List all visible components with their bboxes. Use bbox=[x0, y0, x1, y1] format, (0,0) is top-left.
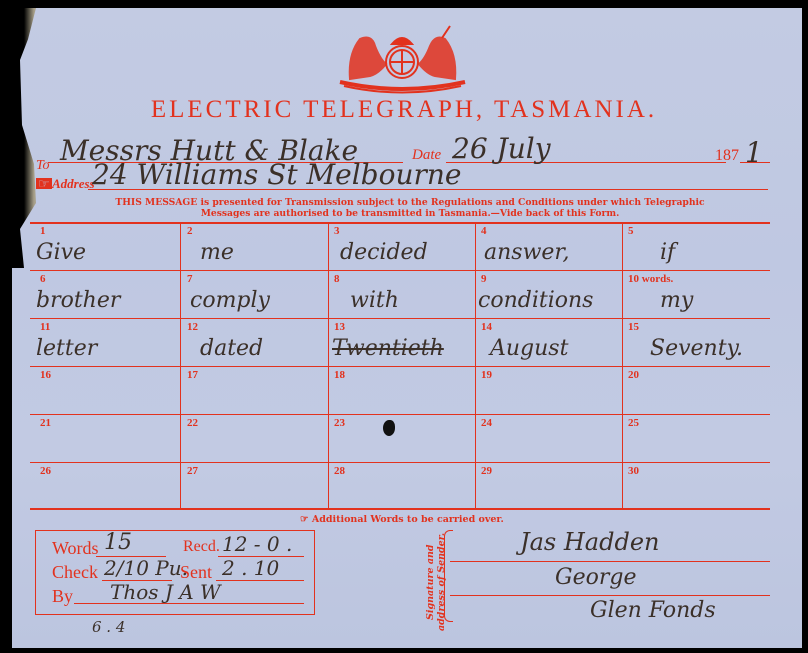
cell-number: 21 bbox=[40, 417, 51, 429]
cell-number: 4 bbox=[481, 225, 487, 237]
message-word[interactable]: Give bbox=[36, 240, 86, 265]
by-label: By bbox=[52, 586, 73, 607]
words-label: Words bbox=[52, 538, 99, 559]
message-word[interactable]: answer, bbox=[484, 240, 570, 265]
message-word[interactable]: letter bbox=[36, 336, 97, 361]
cell-number: 22 bbox=[187, 417, 198, 429]
cell-number: 11 bbox=[40, 321, 50, 333]
grid-row-rule bbox=[30, 270, 770, 271]
cell-number: 30 bbox=[628, 465, 639, 477]
cell-number: 24 bbox=[481, 417, 492, 429]
by-field[interactable]: Thos J A W bbox=[110, 580, 221, 604]
sender-address-line-1[interactable]: George bbox=[555, 565, 636, 590]
message-word[interactable]: decided bbox=[340, 240, 428, 265]
cell-number: 1 bbox=[40, 225, 46, 237]
punch-hole bbox=[383, 420, 395, 436]
cell-number: 10 words. bbox=[628, 273, 673, 285]
royal-coat-of-arms-icon bbox=[330, 24, 475, 94]
message-word[interactable]: dated bbox=[200, 336, 263, 361]
message-word[interactable]: conditions bbox=[478, 288, 593, 313]
grid-col-rule bbox=[328, 222, 329, 508]
cell-number: 5 bbox=[628, 225, 634, 237]
words-field[interactable]: 15 bbox=[104, 530, 132, 555]
grid-col-rule bbox=[180, 222, 181, 508]
cell-number: 2 bbox=[187, 225, 193, 237]
grid-top-rule bbox=[30, 222, 770, 224]
office-note: 6 . 4 bbox=[92, 618, 125, 636]
message-word[interactable]: comply bbox=[190, 288, 270, 313]
address-underline-sender bbox=[450, 595, 770, 596]
message-word[interactable]: if bbox=[660, 240, 675, 265]
message-word[interactable]: my bbox=[660, 288, 693, 313]
grid-bottom-rule bbox=[30, 508, 770, 510]
to-label: To bbox=[36, 158, 50, 174]
date-field[interactable]: 26 July bbox=[452, 132, 551, 165]
cell-number: 27 bbox=[187, 465, 198, 477]
sent-underline bbox=[216, 580, 304, 581]
cell-number: 18 bbox=[334, 369, 345, 381]
cell-number: 23 bbox=[334, 417, 345, 429]
grid-col-rule bbox=[475, 222, 476, 508]
sender-address-line-2[interactable]: Glen Fonds bbox=[590, 598, 716, 623]
pointing-hand-icon: ☞ bbox=[36, 178, 52, 189]
cell-number: 3 bbox=[334, 225, 340, 237]
notice-line-2: Messages are authorised to be transmitte… bbox=[30, 208, 790, 219]
address-field[interactable]: 24 Williams St Melbourne bbox=[92, 158, 461, 191]
grid-row-rule bbox=[30, 318, 770, 319]
cell-number: 14 bbox=[481, 321, 492, 333]
cell-number: 13 bbox=[334, 321, 345, 333]
cell-number: 12 bbox=[187, 321, 198, 333]
message-word[interactable]: me bbox=[200, 240, 234, 265]
message-word[interactable]: Seventy. bbox=[650, 336, 743, 361]
cell-number: 9 bbox=[481, 273, 487, 285]
sent-field[interactable]: 2 . 10 bbox=[222, 556, 279, 580]
year-underline bbox=[740, 162, 770, 163]
received-label: Recd. bbox=[183, 538, 220, 556]
received-field[interactable]: 12 - 0 . bbox=[222, 532, 292, 556]
cell-number: 29 bbox=[481, 465, 492, 477]
year-label: 187 bbox=[715, 147, 739, 165]
brace-icon bbox=[444, 530, 453, 622]
cell-number: 8 bbox=[334, 273, 340, 285]
additional-words-note: ☞ Additional Words to be carried over. bbox=[300, 514, 504, 525]
cell-number: 20 bbox=[628, 369, 639, 381]
message-word[interactable]: with bbox=[350, 288, 399, 313]
cell-number: 26 bbox=[40, 465, 51, 477]
cell-number: 6 bbox=[40, 273, 46, 285]
signature-underline bbox=[450, 561, 770, 562]
grid-row-rule bbox=[30, 414, 770, 415]
grid-row-rule bbox=[30, 366, 770, 367]
form-title: ELECTRIC TELEGRAPH, TASMANIA. bbox=[0, 96, 808, 124]
sender-signature[interactable]: Jas Hadden bbox=[520, 528, 660, 556]
message-word[interactable]: Twentieth bbox=[332, 336, 444, 361]
message-word[interactable]: August bbox=[490, 336, 568, 361]
year-field[interactable]: 1 bbox=[745, 136, 763, 169]
notice-line-1: THIS MESSAGE is presented for Transmissi… bbox=[30, 197, 790, 208]
check-field[interactable]: 2/10 Pu. bbox=[104, 556, 188, 580]
message-word[interactable]: brother bbox=[36, 288, 120, 313]
grid-row-rule bbox=[30, 462, 770, 463]
cell-number: 28 bbox=[334, 465, 345, 477]
cell-number: 15 bbox=[628, 321, 639, 333]
cell-number: 16 bbox=[40, 369, 51, 381]
cell-number: 19 bbox=[481, 369, 492, 381]
check-label: Check bbox=[52, 562, 98, 583]
grid-col-rule bbox=[622, 222, 623, 508]
regulations-notice: THIS MESSAGE is presented for Transmissi… bbox=[30, 197, 790, 219]
cell-number: 25 bbox=[628, 417, 639, 429]
cell-number: 7 bbox=[187, 273, 193, 285]
cell-number: 17 bbox=[187, 369, 198, 381]
